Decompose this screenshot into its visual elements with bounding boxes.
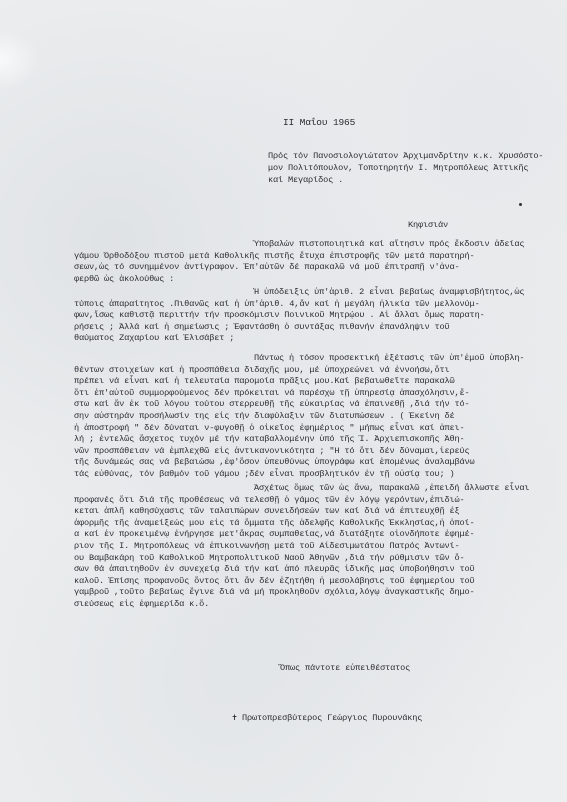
ink-speck [519,203,522,206]
letter-page: II Μαΐου 1965 Πρός τόν Πανοσιολογιώτατον… [0,0,567,802]
body-line: γάμου Ὀρθοδόξου πιστοῦ μετά Καθολικῆς πι… [74,251,475,261]
paper-crease [0,30,40,90]
body-line: τάς εὐθύνας, τόν βαθμόν τοῦ γάμου ;δέν ε… [74,469,455,479]
body-line: φων,ἴσως καθιστᾷ περιττήν τήν προσκόμισι… [74,310,485,320]
body-line: θέντων στοιχείων καί ἡ προσπάθεια διδαχῆ… [74,365,450,375]
body-line: τῆς δυνάμεώς σας νά βεβαιώσω ,ἐφ'ὅσον ὑπ… [74,457,475,467]
body-line: κεται ἁπλῆ καθησύχασις τῶν ταλαιπώρων συ… [74,506,460,516]
body-line: Ἡ ὑπόδειξις ὑπ'ἀριθ. 2 εἶναι βεβαίως ἀνα… [254,287,524,297]
body-line: φερθῶ ὡς ἀκολούθως : [74,274,174,284]
body-line: Πάντως ἡ τόσον προσεκτική ἐξέτασις τῶν ὑ… [254,353,524,363]
body-line: Ὑποβαλών πιστοποιητικά καί αἴτησιν πρός … [254,239,524,249]
body-line: λή ; ἐντελῶς ἄσχετος τυχόν μέ τήν καταβα… [74,434,465,444]
body-line: νῶν προσπάθειαν νά ἐμπλεχθῶ εἰς ἀντικανο… [74,446,470,456]
body-line: σων θά ἀπαιτηθοῦν ἐν συνεχείᾳ διά τήν κα… [74,564,475,574]
recipient-line-2: μον Πολιτόπουλον, Τοποτηρητήν Ι. Μητροπό… [268,163,528,173]
body-line: καλοῦ. Ἐπίσης προφανοῦς ὄντος ὅτι ἄν δέν… [74,576,475,586]
recipient-line-3: καί Μεγαρίδος . [268,175,343,185]
body-line: σην αὐστηράν προσήλωσίν της εἰς τήν διαφ… [74,411,455,421]
body-line: ου Βαμβακάρη τοῦ Καθολικοῦ Μητροπολιτικο… [74,553,465,563]
recipient-line-1: Πρός τόν Πανοσιολογιώτατον Ἀρχιμανδρίτην… [268,151,543,161]
body-line: γαμβροῦ ,τοῦτο βεβαίως ἔγινε διά νά μή π… [74,587,475,597]
body-line: σιεύσεως εἰς ἐφημερίδα κ.ὅ. [74,599,209,609]
body-line: ριον τῆς Ι. Μητροπόλεως νά ἐπικοινωνήσῃ … [74,541,460,551]
body-line: προφανές ὅτι διά τῆς προθέσεως νά τελεσθ… [74,495,465,505]
letter-date: II Μαΐου 1965 [283,118,355,128]
body-line: θαύματος Ζαχαρίου καί Ἐλισάβετ ; [74,333,234,343]
body-line: ἡ ἀποστροφή " δέν δύναται ν-φυγοθῇ ὁ οἰκ… [74,423,465,433]
body-line: ἀφορμῆς τῆς ἀναμείξεώς μου εἰς τά ὄμματα… [74,518,475,528]
body-line: σεων,ὡς τό συνημμένον ἀντίγραφον. Ἐπ'αὐτ… [74,262,460,272]
body-line: ὅτι ἐπ'αὐτοῦ συμμορφούμενος δέν πρόκειτα… [74,388,470,398]
body-line: πρέπει νά εἶναι καί ἡ τελευταία παρομοία… [74,376,455,386]
body-line: τύποις ἀπαραίτητος .Πιθανῶς καί ἡ ὑπ'ἀρι… [74,299,480,309]
body-line: α καί ἐν προκειμένῳ ἐνήργησε μετ'ἄκρας σ… [74,529,475,539]
closing-formula: Ὅπως πάντοτε εὐπειθέστατος [280,663,410,673]
salutation-place: Κηφισιάν [408,220,448,230]
body-line: Ἀσχέτως ὅμως τῶν ὡς ἄνω, παρακαλῶ ,ἐπειδ… [254,483,529,493]
signature-line: ✝ Πρωτοπρεσβύτερος Γεώργιος Πυρουνάκης [232,713,422,723]
body-line: ρήσεις ; Ἀλλά καί ἡ σημείωσις ; Ἐφαντάσθ… [74,322,450,332]
body-line: στω καί ἄν ἐκ τοῦ λόγου τούτου στερρευθῇ… [74,399,470,409]
